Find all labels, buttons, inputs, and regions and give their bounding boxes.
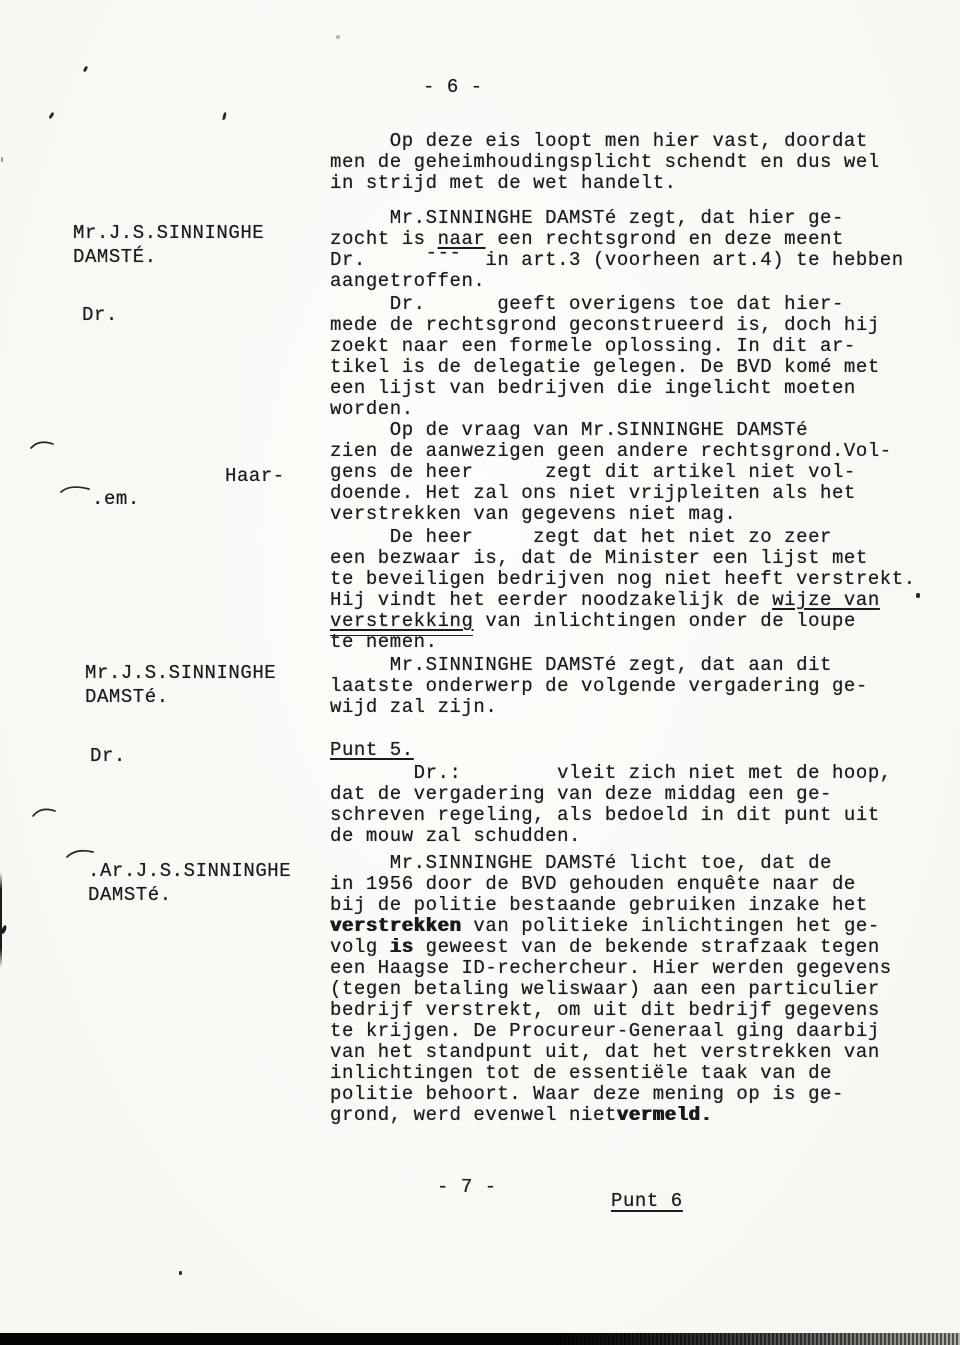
text-segment: grond, werd evenwel niet bbox=[330, 1104, 617, 1126]
text-segment: een rechtsgrond en deze meent bbox=[485, 228, 844, 250]
margin-label-sinninghe-damste-2: Mr.J.S.SINNINGHE DAMSTé. bbox=[85, 661, 276, 709]
text-line: men de geheimhoudingsplicht schendt en d… bbox=[330, 152, 950, 173]
text-segment: aangetroffen. bbox=[330, 270, 485, 292]
text-line: Mr.SINNINGHE DAMSTé zegt, dat hier ge- bbox=[330, 208, 950, 229]
text-line: zocht is naar een rechtsgrond en deze me… bbox=[330, 229, 950, 250]
pen-stroke bbox=[32, 804, 58, 820]
text-segment: bedrijf verstrekt, om uit dit bedrijf ge… bbox=[330, 999, 880, 1021]
text-segment: in art.3 (voorheen art.4) te hebben bbox=[461, 249, 903, 271]
text-line: grond, werd evenwel nietvermeld. bbox=[330, 1105, 950, 1126]
text-segment: worden. bbox=[330, 398, 414, 420]
text-line: (tegen betaling weliswaar) aan een parti… bbox=[330, 979, 950, 1000]
text-line: Mr.SINNINGHE DAMSTé licht toe, dat de bbox=[330, 853, 950, 874]
text-segment: wijze van bbox=[772, 589, 880, 611]
text-line: worden. bbox=[330, 399, 950, 420]
text-segment: tikel is de delegatie gelegen. De BVD ko… bbox=[330, 356, 880, 378]
paragraph: Mr.SINNINGHE DAMSTé zegt, dat hier ge-zo… bbox=[330, 208, 950, 292]
pen-stroke bbox=[66, 847, 96, 861]
text-segment: te beveiligen bedrijven nog niet heeft v… bbox=[330, 568, 916, 590]
text-segment: de mouw zal schudden. bbox=[330, 825, 581, 847]
text-line: in 1956 door de BVD gehouden enquête naa… bbox=[330, 874, 950, 895]
text-line: bedrijf verstrekt, om uit dit bedrijf ge… bbox=[330, 1000, 950, 1021]
text-line: Dr. geeft overigens toe dat hier- bbox=[330, 294, 950, 315]
text-line: Op deze eis loopt men hier vast, doordat bbox=[330, 131, 950, 152]
document-page: - 6 - Mr.J.S.SINNINGHE DAMSTÉ. Dr. Haar-… bbox=[0, 0, 960, 1345]
text-segment: inlichtingen tot de essentiële taak van … bbox=[330, 1062, 832, 1084]
text-segment: verstrekken bbox=[330, 915, 461, 937]
text-segment: geweest van de bekende strafzaak tegen bbox=[414, 936, 880, 958]
next-section-heading: Punt 6 bbox=[611, 1190, 683, 1212]
margin-label-haar: Haar- bbox=[225, 464, 285, 488]
margin-label-em: .em. bbox=[92, 487, 140, 511]
text-line: doende. Het zal ons niet vrijpleiten als… bbox=[330, 483, 950, 504]
text-line: van het standpunt uit, dat het verstrekk… bbox=[330, 1042, 950, 1063]
text-line: een bezwaar is, dat de Minister een lijs… bbox=[330, 548, 950, 569]
text-line: gens de heer zegt dit artikel niet vol- bbox=[330, 462, 950, 483]
text-segment: schreven regeling, als bedoeld in dit pu… bbox=[330, 804, 880, 826]
margin-label-sinninghe-damste-3: .Ar.J.S.SINNINGHE DAMSTé. bbox=[88, 859, 291, 907]
scan-edge-line bbox=[0, 872, 2, 968]
text-segment: een lijst van bedrijven die ingelicht mo… bbox=[330, 377, 856, 399]
text-segment: vermeld. bbox=[617, 1104, 713, 1126]
margin-label-dr-1: Dr. bbox=[82, 303, 118, 327]
text-segment: wijd zal zijn. bbox=[330, 696, 497, 718]
text-line: zien de aanwezigen geen andere rechtsgro… bbox=[330, 441, 950, 462]
text-line: mede de rechtsgrond geconstrueerd is, do… bbox=[330, 315, 950, 336]
text-line: de mouw zal schudden. bbox=[330, 826, 950, 847]
text-line: te beveiligen bedrijven nog niet heeft v… bbox=[330, 569, 950, 590]
page-number-bottom: - 7 - bbox=[437, 1176, 497, 1198]
text-line: wijd zal zijn. bbox=[330, 697, 950, 718]
text-segment: Dr. bbox=[330, 249, 426, 271]
paragraph: Mr.SINNINGHE DAMSTé licht toe, dat dein … bbox=[330, 853, 950, 1126]
text-segment: Punt 5. bbox=[330, 739, 414, 761]
text-line: Hij vindt het eerder noodzakelijk de wij… bbox=[330, 590, 950, 611]
text-segment: zocht is bbox=[330, 228, 438, 250]
body-text: Op deze eis loopt men hier vast, doordat… bbox=[330, 131, 950, 1126]
text-segment: De heer zegt dat het niet zo zeer bbox=[330, 526, 832, 548]
text-line: inlichtingen tot de essentiële taak van … bbox=[330, 1063, 950, 1084]
text-segment: dat de vergadering van deze middag een g… bbox=[330, 783, 832, 805]
paragraph: Op de vraag van Mr.SINNINGHE DAMSTézien … bbox=[330, 420, 950, 525]
paragraph: Mr.SINNINGHE DAMSTé zegt, dat aan ditlaa… bbox=[330, 655, 950, 718]
text-segment: bij de politie bestaande gebruiken inzak… bbox=[330, 894, 868, 916]
text-segment: Op de vraag van Mr.SINNINGHE DAMSTé bbox=[330, 419, 808, 441]
text-line: verstrekken van gegevens niet mag. bbox=[330, 504, 950, 525]
text-line: aangetroffen. bbox=[330, 271, 950, 292]
text-segment: in strijd met de wet handelt. bbox=[330, 172, 677, 194]
text-line: een lijst van bedrijven die ingelicht mo… bbox=[330, 378, 950, 399]
text-segment: Op deze eis loopt men hier vast, doordat bbox=[330, 130, 868, 152]
text-segment: (tegen betaling weliswaar) aan een parti… bbox=[330, 978, 880, 1000]
text-segment: volg bbox=[330, 936, 390, 958]
text-line: Dr.: vleit zich niet met de hoop, bbox=[330, 763, 950, 784]
paragraph: De heer zegt dat het niet zo zeereen bez… bbox=[330, 527, 950, 653]
text-segment: men de geheimhoudingsplicht schendt en d… bbox=[330, 151, 880, 173]
text-segment: van politieke inlichtingen het ge- bbox=[461, 915, 879, 937]
scan-speck bbox=[1, 157, 3, 162]
text-line: laatste onderwerp de volgende vergaderin… bbox=[330, 676, 950, 697]
margin-label-dr-2: Dr. bbox=[90, 744, 126, 768]
text-line: dat de vergadering van deze middag een g… bbox=[330, 784, 950, 805]
text-segment: gens de heer zegt dit artikel niet vol- bbox=[330, 461, 856, 483]
text-segment: zoekt naar een formele oplossing. In dit… bbox=[330, 335, 856, 357]
text-line: verstrekken van politieke inlichtingen h… bbox=[330, 916, 950, 937]
text-line: te nemen. bbox=[330, 632, 950, 653]
text-segment: van inlichtingen onder de loupe bbox=[473, 610, 855, 632]
pen-stroke bbox=[30, 438, 56, 452]
scan-speck bbox=[336, 35, 340, 39]
text-segment: een bezwaar is, dat de Minister een lijs… bbox=[330, 547, 868, 569]
text-segment: zien de aanwezigen geen andere rechtsgro… bbox=[330, 440, 892, 462]
scan-speck bbox=[916, 593, 920, 598]
text-line: een Haagse ID-rechercheur. Hier werden g… bbox=[330, 958, 950, 979]
text-segment: van het standpunt uit, dat het verstrekk… bbox=[330, 1041, 880, 1063]
text-line: Dr. --- in art.3 (voorheen art.4) te heb… bbox=[330, 250, 950, 271]
page-number-top: - 6 - bbox=[423, 76, 483, 98]
text-line: in strijd met de wet handelt. bbox=[330, 173, 950, 194]
text-line: De heer zegt dat het niet zo zeer bbox=[330, 527, 950, 548]
text-line: zoekt naar een formele oplossing. In dit… bbox=[330, 336, 950, 357]
scan-speck bbox=[1, 925, 7, 935]
text-segment: Dr.: vleit zich niet met de hoop, bbox=[330, 762, 892, 784]
text-segment: Hij vindt het eerder noodzakelijk de bbox=[330, 589, 772, 611]
text-segment: doende. Het zal ons niet vrijpleiten als… bbox=[330, 482, 856, 504]
paragraph: Dr. geeft overigens toe dat hier-mede de… bbox=[330, 294, 950, 420]
text-segment: politie behoort. Waar deze mening op is … bbox=[330, 1083, 844, 1105]
text-line: Mr.SINNINGHE DAMSTé zegt, dat aan dit bbox=[330, 655, 950, 676]
paragraph: Op deze eis loopt men hier vast, doordat… bbox=[330, 131, 950, 194]
text-segment: verstrekken van gegevens niet mag. bbox=[330, 503, 736, 525]
scan-speck bbox=[48, 112, 54, 120]
paragraph: Dr.: vleit zich niet met de hoop,dat de … bbox=[330, 763, 950, 847]
text-line: tikel is de delegatie gelegen. De BVD ko… bbox=[330, 357, 950, 378]
text-line: politie behoort. Waar deze mening op is … bbox=[330, 1084, 950, 1105]
text-segment: Mr.SINNINGHE DAMSTé licht toe, dat de bbox=[330, 852, 832, 874]
text-line: te krijgen. De Procureur-Generaal ging d… bbox=[330, 1021, 950, 1042]
text-line: schreven regeling, als bedoeld in dit pu… bbox=[330, 805, 950, 826]
margin-label-sinninghe-damste-1: Mr.J.S.SINNINGHE DAMSTÉ. bbox=[73, 221, 264, 269]
text-segment: is bbox=[390, 936, 414, 958]
text-segment: in 1956 door de BVD gehouden enquête naa… bbox=[330, 873, 856, 895]
text-line: Op de vraag van Mr.SINNINGHE DAMSTé bbox=[330, 420, 950, 441]
text-segment: een Haagse ID-rechercheur. Hier werden g… bbox=[330, 957, 892, 979]
text-line: volg is geweest van de bekende strafzaak… bbox=[330, 937, 950, 958]
paragraph: Punt 5. bbox=[330, 740, 950, 761]
pen-stroke bbox=[60, 483, 92, 496]
text-segment: te krijgen. De Procureur-Generaal ging d… bbox=[330, 1020, 880, 1042]
text-line: bij de politie bestaande gebruiken inzak… bbox=[330, 895, 950, 916]
text-segment: Mr.SINNINGHE DAMSTé zegt, dat hier ge- bbox=[330, 207, 844, 229]
text-segment: te nemen. bbox=[330, 631, 438, 653]
scan-speck bbox=[179, 1271, 182, 1275]
text-segment: --- bbox=[426, 242, 462, 264]
scan-edge-bar bbox=[0, 1333, 960, 1345]
scan-speck bbox=[222, 112, 227, 120]
text-segment: laatste onderwerp de volgende vergaderin… bbox=[330, 675, 868, 697]
scan-speck bbox=[83, 66, 88, 73]
text-line: Punt 5. bbox=[330, 740, 950, 761]
text-segment: mede de rechtsgrond geconstrueerd is, do… bbox=[330, 314, 880, 336]
text-line: verstrekking van inlichtingen onder de l… bbox=[330, 611, 950, 632]
text-segment: Mr.SINNINGHE DAMSTé zegt, dat aan dit bbox=[330, 654, 832, 676]
text-segment: Dr. geeft overigens toe dat hier- bbox=[330, 293, 844, 315]
